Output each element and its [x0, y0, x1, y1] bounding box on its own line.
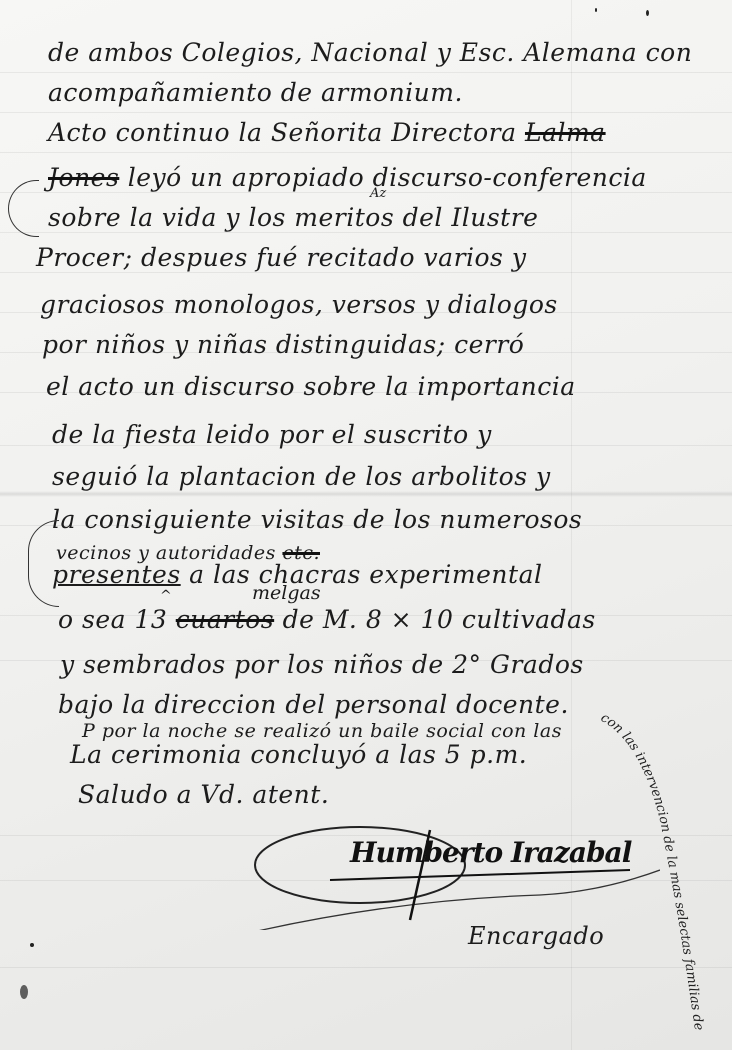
ruled-line	[0, 152, 732, 153]
letter-page: de ambos Colegios, Nacional y Esc. Alema…	[0, 0, 732, 1050]
ink-spot	[30, 943, 34, 947]
text-line-4: Jones leyó un apropiado discurso-confere…	[48, 163, 647, 192]
text-line-4-content: leyó un apropiado discurso-conferencia	[128, 163, 647, 192]
text-line-12-content: la consiguiente visitas de los numerosos	[52, 505, 582, 534]
text-line-18-content: P por la noche se realizó un baile socia…	[82, 720, 562, 742]
text-line-8: por niños y niñas distinguidas; cerró	[42, 330, 524, 359]
text-line-17-content: bajo la direccion del personal docente.	[58, 690, 569, 719]
text-line-3: Acto continuo la Señorita Directora Lalm…	[48, 118, 606, 147]
signature-title-text: Encargado	[468, 922, 604, 950]
text-line-10: de la fiesta leido por el suscrito y	[52, 420, 492, 449]
ruled-line	[0, 192, 732, 193]
text-line-16-content: y sembrados por los niños de 2° Grados	[60, 650, 584, 679]
text-line-5-content: sobre la vida y los meritos del Ilustre	[48, 203, 538, 232]
text-line-1: de ambos Colegios, Nacional y Esc. Alema…	[48, 38, 692, 67]
text-line-6: Procer; despues fué recitado varios y	[36, 243, 526, 272]
paper-fold-crease	[0, 491, 732, 497]
text-line-12: la consiguiente visitas de los numerosos	[52, 505, 582, 534]
ruled-line	[0, 112, 732, 113]
text-line-17: bajo la direccion del personal docente.	[58, 690, 569, 719]
text-line-3-content: Acto continuo la Señorita Directora	[48, 118, 517, 147]
text-line-6-content: Procer; despues fué recitado varios y	[36, 243, 526, 272]
insert-melgas: melgas	[252, 582, 321, 604]
signature-name: Humberto Irazabal	[350, 836, 631, 869]
text-line-2-content: acompañamiento de armonium.	[48, 78, 463, 107]
text-line-7-content: graciosos monologos, versos y dialogos	[40, 290, 558, 319]
text-line-15: o sea 13 cuartos de M. 8 × 10 cultivadas	[58, 605, 596, 634]
text-line-8-content: por niños y niñas distinguidas; cerró	[42, 330, 524, 359]
text-line-15-content: o sea 13	[58, 605, 167, 634]
signature-title: Encargado	[468, 922, 604, 950]
text-line-11: seguió la plantacion de los arbolitos y	[52, 462, 551, 491]
signature-flourish	[240, 810, 660, 930]
text-line-5: sobre la vida y los meritos del Ilustre	[48, 203, 538, 232]
text-line-14-content: a las chacras experimental	[189, 560, 542, 589]
struck-word: cuartos	[176, 605, 274, 634]
struck-word: Jones	[48, 163, 119, 192]
text-line-19-content: La cerimonia concluyó a las 5 p.m.	[70, 740, 527, 769]
insert-mark: Az	[370, 186, 386, 201]
text-line-11-content: seguió la plantacion de los arbolitos y	[52, 462, 551, 491]
text-line-7: graciosos monologos, versos y dialogos	[40, 290, 558, 319]
margin-bracket	[8, 180, 39, 237]
ink-spot	[646, 10, 649, 16]
text-line-10-content: de la fiesta leido por el suscrito y	[52, 420, 492, 449]
text-line-20: Saludo a Vd. atent.	[78, 780, 329, 809]
ruled-line	[0, 72, 732, 73]
struck-word: Lalma	[525, 118, 606, 147]
underlined-word: presentes	[52, 560, 181, 589]
ink-spot	[595, 8, 597, 12]
margin-bracket	[28, 520, 59, 607]
ruled-line	[0, 232, 732, 233]
text-line-9-content: el acto un discurso sobre la importancia	[46, 372, 576, 401]
text-line-20-content: Saludo a Vd. atent.	[78, 780, 329, 809]
text-line-9: el acto un discurso sobre la importancia	[46, 372, 576, 401]
text-line-2: acompañamiento de armonium.	[48, 78, 463, 107]
text-line-19: La cerimonia concluyó a las 5 p.m.	[70, 740, 527, 769]
ink-blot	[20, 985, 28, 999]
text-line-16: y sembrados por los niños de 2° Grados	[60, 650, 584, 679]
text-line-18: P por la noche se realizó un baile socia…	[82, 720, 562, 742]
text-line-1-content: de ambos Colegios, Nacional y Esc. Alema…	[48, 38, 692, 67]
text-line-15b-content: de M. 8 × 10 cultivadas	[283, 605, 596, 634]
ruled-line	[0, 272, 732, 273]
insert-caret-icon: ^	[160, 588, 172, 604]
